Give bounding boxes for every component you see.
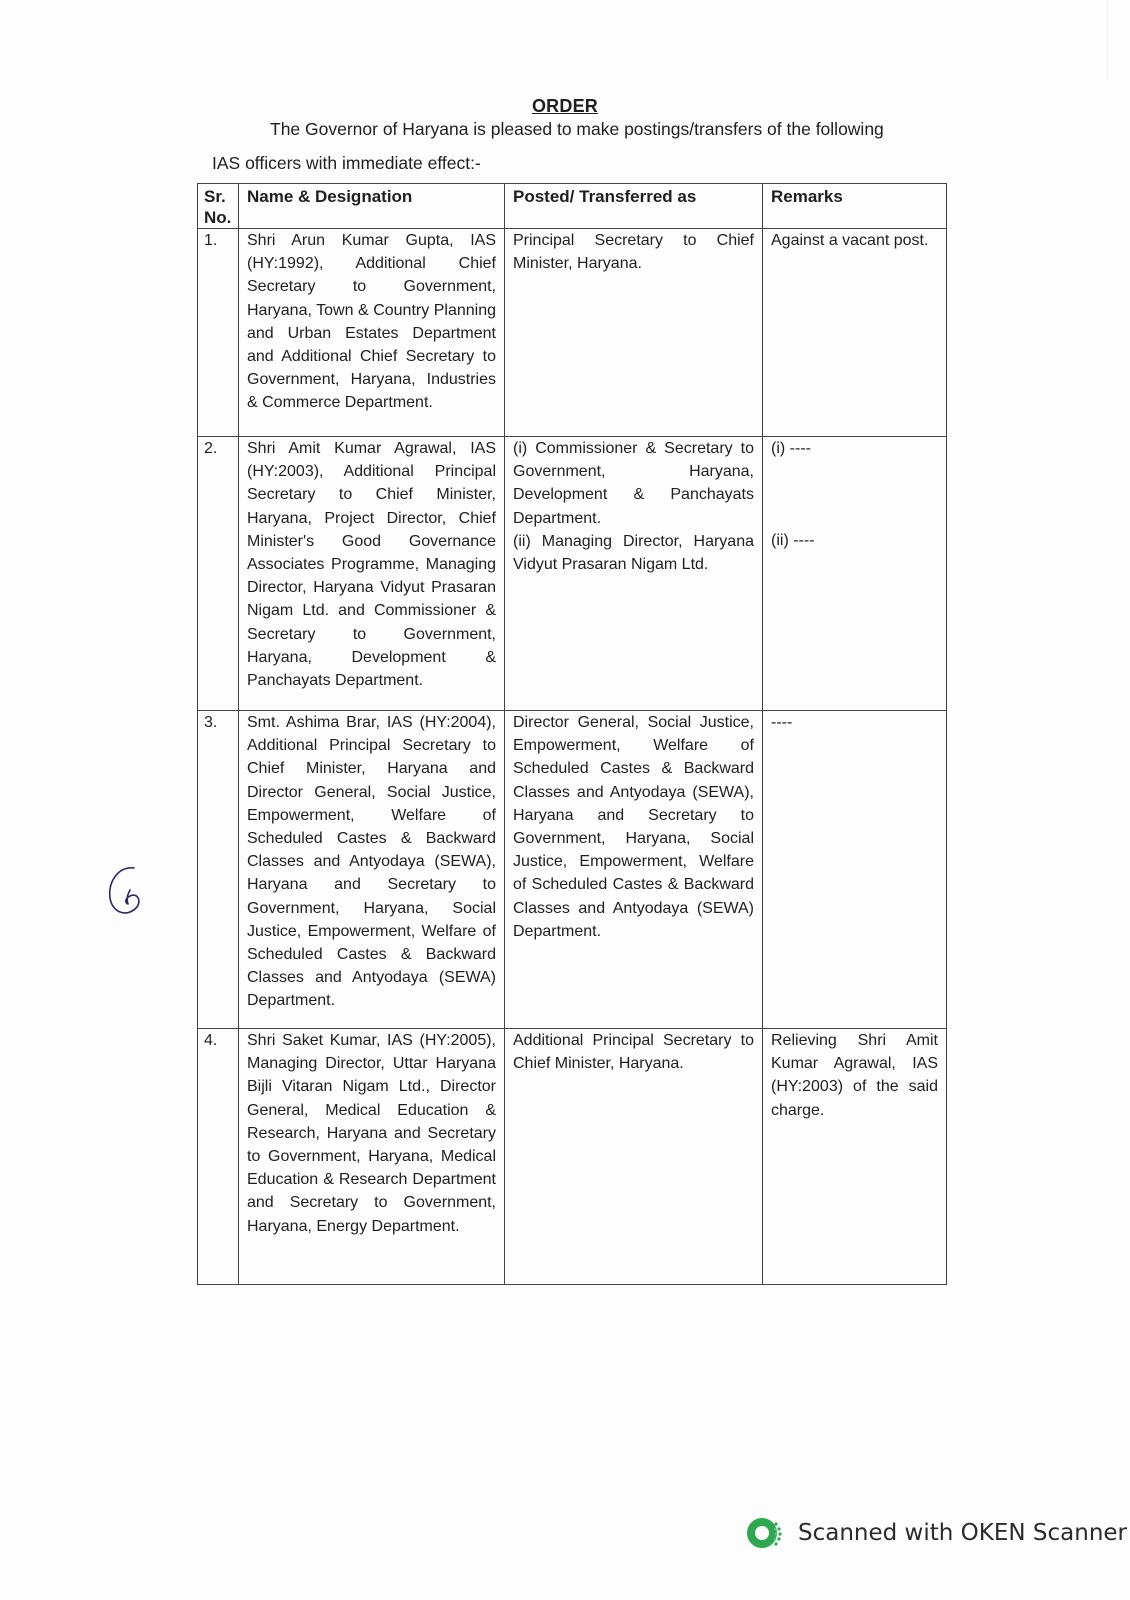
remarks-cell: Relieving Shri Amit Kumar Agrawal, IAS (… [763, 1029, 947, 1285]
posting-item: (i) Commissioner & Secretary to Governme… [513, 437, 754, 530]
remarks-cell: (i) ---- (ii) ---- [763, 437, 947, 711]
posting-item: (ii) Managing Director, Haryana Vidyut P… [513, 530, 754, 576]
posting-item: Director General, Social Justice, Empowe… [513, 711, 754, 943]
remark-item: (i) ---- [771, 437, 938, 529]
remarks-cell: Against a vacant post. [763, 229, 947, 437]
handwritten-page-number [104, 862, 148, 920]
remark-item: Relieving Shri Amit Kumar Agrawal, IAS (… [771, 1029, 938, 1122]
name-designation-cell: Shri Saket Kumar, IAS (HY:2005), Managin… [239, 1029, 505, 1285]
remark-item: (ii) ---- [771, 529, 938, 552]
header-sr-no: Sr. No. [198, 184, 239, 229]
intro-text-line-1: The Governor of Haryana is pleased to ma… [270, 119, 884, 140]
scanner-watermark: Scanned with OKEN Scanner [746, 1516, 1127, 1550]
table-row: 3. Smt. Ashima Brar, IAS (HY:2004), Addi… [198, 711, 947, 1029]
posted-as-cell: Principal Secretary to Chief Minister, H… [505, 229, 763, 437]
posted-as-cell: Director General, Social Justice, Empowe… [505, 711, 763, 1029]
sr-no-cell: 2. [198, 437, 239, 711]
remark-item: Against a vacant post. [771, 229, 938, 252]
remark-item: ---- [771, 711, 938, 734]
posted-as-cell: Additional Principal Secretary to Chief … [505, 1029, 763, 1285]
header-posted-as: Posted/ Transferred as [505, 184, 763, 229]
posting-item: Additional Principal Secretary to Chief … [513, 1029, 754, 1075]
intro-text-line-2: IAS officers with immediate effect:- [212, 153, 481, 174]
header-remarks: Remarks [763, 184, 947, 229]
page-edge [1107, 0, 1108, 80]
name-designation-cell: Shri Arun Kumar Gupta, IAS (HY:1992), Ad… [239, 229, 505, 437]
posting-item: Principal Secretary to Chief Minister, H… [513, 229, 754, 275]
order-title: ORDER [0, 96, 1130, 117]
oken-scanner-logo-icon [746, 1516, 784, 1550]
table-header-row: Sr. No. Name & Designation Posted/ Trans… [198, 184, 947, 229]
table-row: 1. Shri Arun Kumar Gupta, IAS (HY:1992),… [198, 229, 947, 437]
name-designation-cell: Shri Amit Kumar Agrawal, IAS (HY:2003), … [239, 437, 505, 711]
sr-no-cell: 3. [198, 711, 239, 1029]
scanner-watermark-text: Scanned with OKEN Scanner [798, 1520, 1127, 1546]
table-row: 4. Shri Saket Kumar, IAS (HY:2005), Mana… [198, 1029, 947, 1285]
sr-no-cell: 4. [198, 1029, 239, 1285]
handwritten-six-icon [104, 862, 148, 920]
sr-no-cell: 1. [198, 229, 239, 437]
name-designation-cell: Smt. Ashima Brar, IAS (HY:2004), Additio… [239, 711, 505, 1029]
posted-as-cell: (i) Commissioner & Secretary to Governme… [505, 437, 763, 711]
header-name-designation: Name & Designation [239, 184, 505, 229]
remarks-cell: ---- [763, 711, 947, 1029]
postings-table: Sr. No. Name & Designation Posted/ Trans… [197, 183, 947, 1285]
table-row: 2. Shri Amit Kumar Agrawal, IAS (HY:2003… [198, 437, 947, 711]
